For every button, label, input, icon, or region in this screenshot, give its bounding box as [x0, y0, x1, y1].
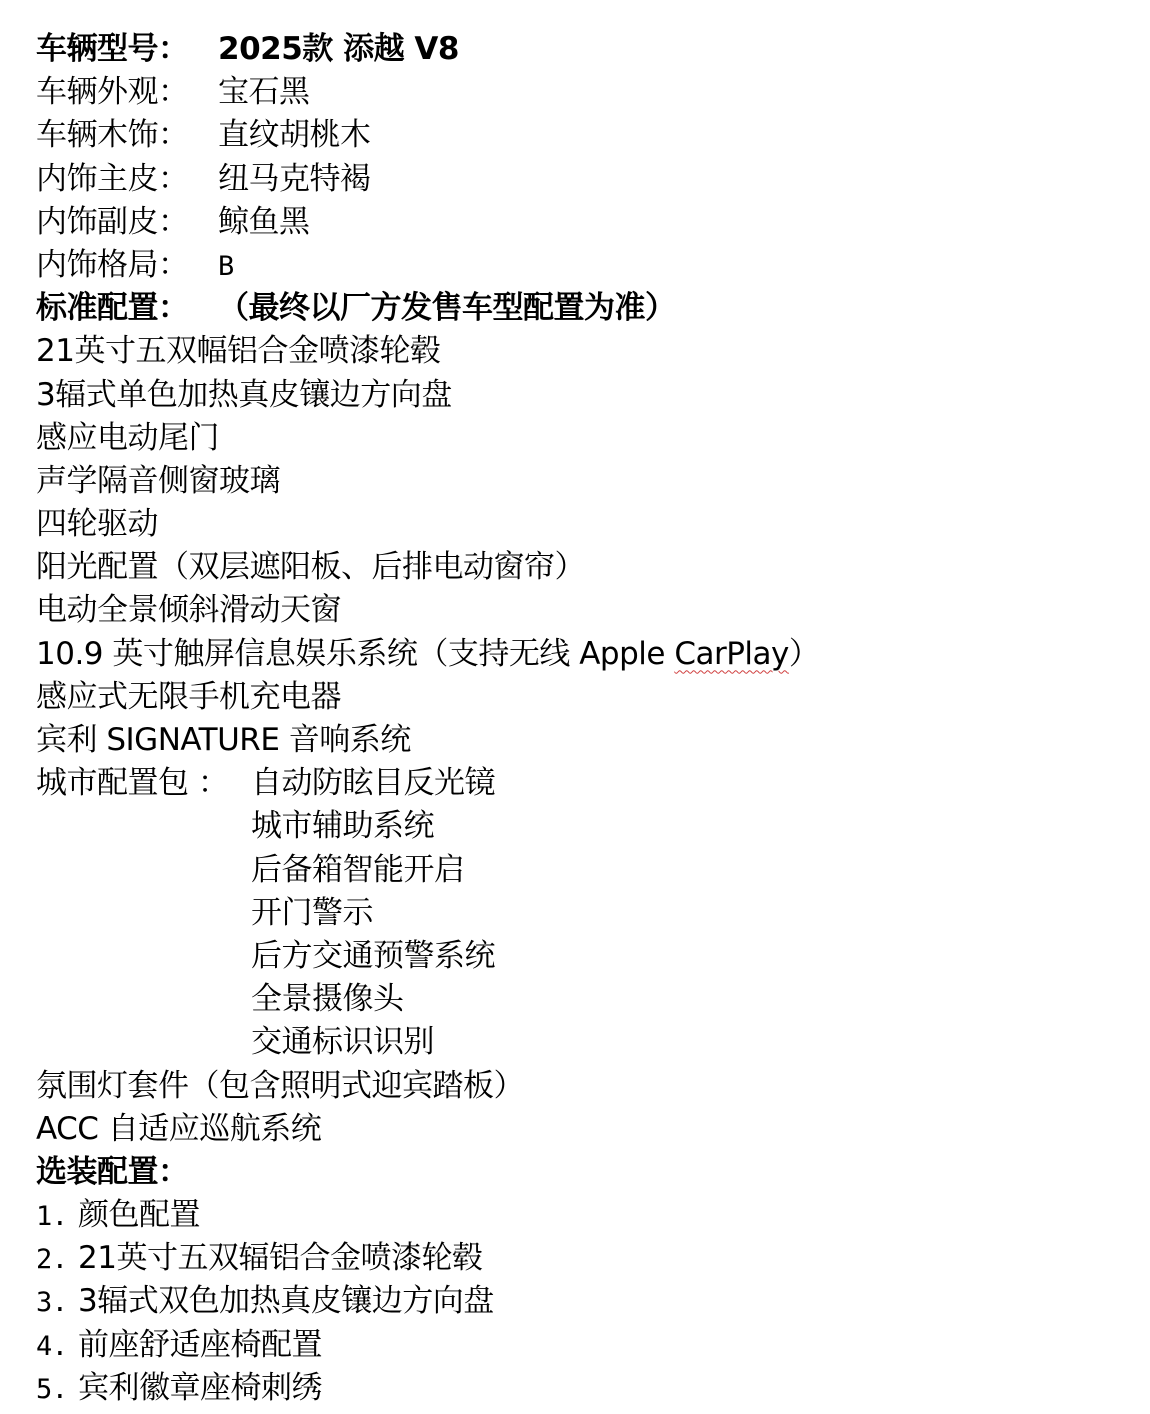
infotainment-text: 10.9 英寸触屏信息娱乐系统（支持无线 Apple	[36, 636, 674, 672]
item-number: 4.	[36, 1325, 78, 1368]
city-package-item: 后备箱智能开启	[36, 849, 1116, 892]
secondary-hide-row: 内饰副皮：鲸鱼黑	[36, 201, 1116, 244]
standard-item: ACC 自适应巡航系统	[36, 1108, 1116, 1151]
city-package-item: 交通标识识别	[36, 1021, 1116, 1064]
main-hide-row: 内饰主皮：纽马克特褐	[36, 158, 1116, 201]
infotainment-item: 10.9 英寸触屏信息娱乐系统（支持无线 Apple CarPlay）	[36, 633, 1116, 676]
field-label: 车辆型号：	[36, 28, 218, 71]
city-package-row: 城市配置包 ：自动防眩目反光镜	[36, 762, 1116, 805]
exterior-color-row: 车辆外观：宝石黑	[36, 71, 1116, 114]
city-package-label: 城市配置包 ：	[36, 762, 251, 805]
standard-item: 3辐式单色加热真皮镶边方向盘	[36, 374, 1116, 417]
optional-item: 3.3辐式双色加热真皮镶边方向盘	[36, 1280, 1116, 1323]
standard-item: 声学隔音侧窗玻璃	[36, 460, 1116, 503]
section-heading: 标准配置：	[36, 287, 218, 330]
optional-item: 5.宾利徽章座椅刺绣	[36, 1367, 1116, 1410]
item-number: 2.	[36, 1238, 78, 1281]
item-number: 3.	[36, 1281, 78, 1324]
item-text: 宾利徽章座椅刺绣	[78, 1370, 322, 1406]
item-number: 1.	[36, 1195, 78, 1238]
document-body: 车辆型号：2025款 添越 V8 车辆外观：宝石黑 车辆木饰：直纹胡桃木 内饰主…	[36, 28, 1116, 1410]
field-value: 鲸鱼黑	[218, 204, 310, 240]
standard-item: 宾利 SIGNATURE 音响系统	[36, 719, 1116, 762]
standard-item: 21英寸五双幅铝合金喷漆轮毂	[36, 330, 1116, 373]
optional-item: 4.前座舒适座椅配置	[36, 1324, 1116, 1367]
item-text: 21英寸五双辐铝合金喷漆轮毂	[78, 1240, 482, 1276]
interior-layout-row: 内饰格局：B	[36, 244, 1116, 287]
field-label: 车辆外观：	[36, 71, 218, 114]
item-number: 5.	[36, 1368, 78, 1411]
city-package-item: 城市辅助系统	[36, 805, 1116, 848]
item-text: 颜色配置	[78, 1197, 200, 1233]
field-label: 车辆木饰：	[36, 114, 218, 157]
city-package-item: 开门警示	[36, 892, 1116, 935]
field-label: 内饰主皮：	[36, 158, 218, 201]
optional-item: 2.21英寸五双辐铝合金喷漆轮毂	[36, 1237, 1116, 1280]
item-text: 前座舒适座椅配置	[78, 1327, 322, 1363]
item-text: 3辐式双色加热真皮镶边方向盘	[78, 1283, 494, 1319]
section-note: （最终以厂方发售车型配置为准）	[218, 290, 676, 326]
infotainment-suffix: ）	[789, 636, 820, 672]
standard-config-heading: 标准配置：（最终以厂方发售车型配置为准）	[36, 287, 1116, 330]
city-package-item: 自动防眩目反光镜	[251, 765, 495, 801]
field-value: 直纹胡桃木	[218, 117, 371, 153]
city-package-item: 全景摄像头	[36, 978, 1116, 1021]
field-value: B	[218, 251, 234, 282]
vehicle-model-row: 车辆型号：2025款 添越 V8	[36, 28, 1116, 71]
field-label: 内饰副皮：	[36, 201, 218, 244]
spellcheck-flagged-word[interactable]: CarPlay	[674, 636, 789, 672]
field-value: 宝石黑	[218, 74, 310, 110]
optional-config-heading: 选装配置：	[36, 1151, 1116, 1194]
field-value: 纽马克特褐	[218, 161, 371, 197]
veneer-row: 车辆木饰：直纹胡桃木	[36, 114, 1116, 157]
standard-item: 氛围灯套件（包含照明式迎宾踏板）	[36, 1065, 1116, 1108]
standard-item: 四轮驱动	[36, 503, 1116, 546]
field-value: 2025款 添越 V8	[218, 31, 459, 67]
standard-item: 电动全景倾斜滑动天窗	[36, 589, 1116, 632]
standard-item: 感应式无限手机充电器	[36, 676, 1116, 719]
optional-item: 1.颜色配置	[36, 1194, 1116, 1237]
city-package-item: 后方交通预警系统	[36, 935, 1116, 978]
field-label: 内饰格局：	[36, 244, 218, 287]
standard-item: 感应电动尾门	[36, 417, 1116, 460]
standard-item: 阳光配置（双层遮阳板、后排电动窗帘）	[36, 546, 1116, 589]
